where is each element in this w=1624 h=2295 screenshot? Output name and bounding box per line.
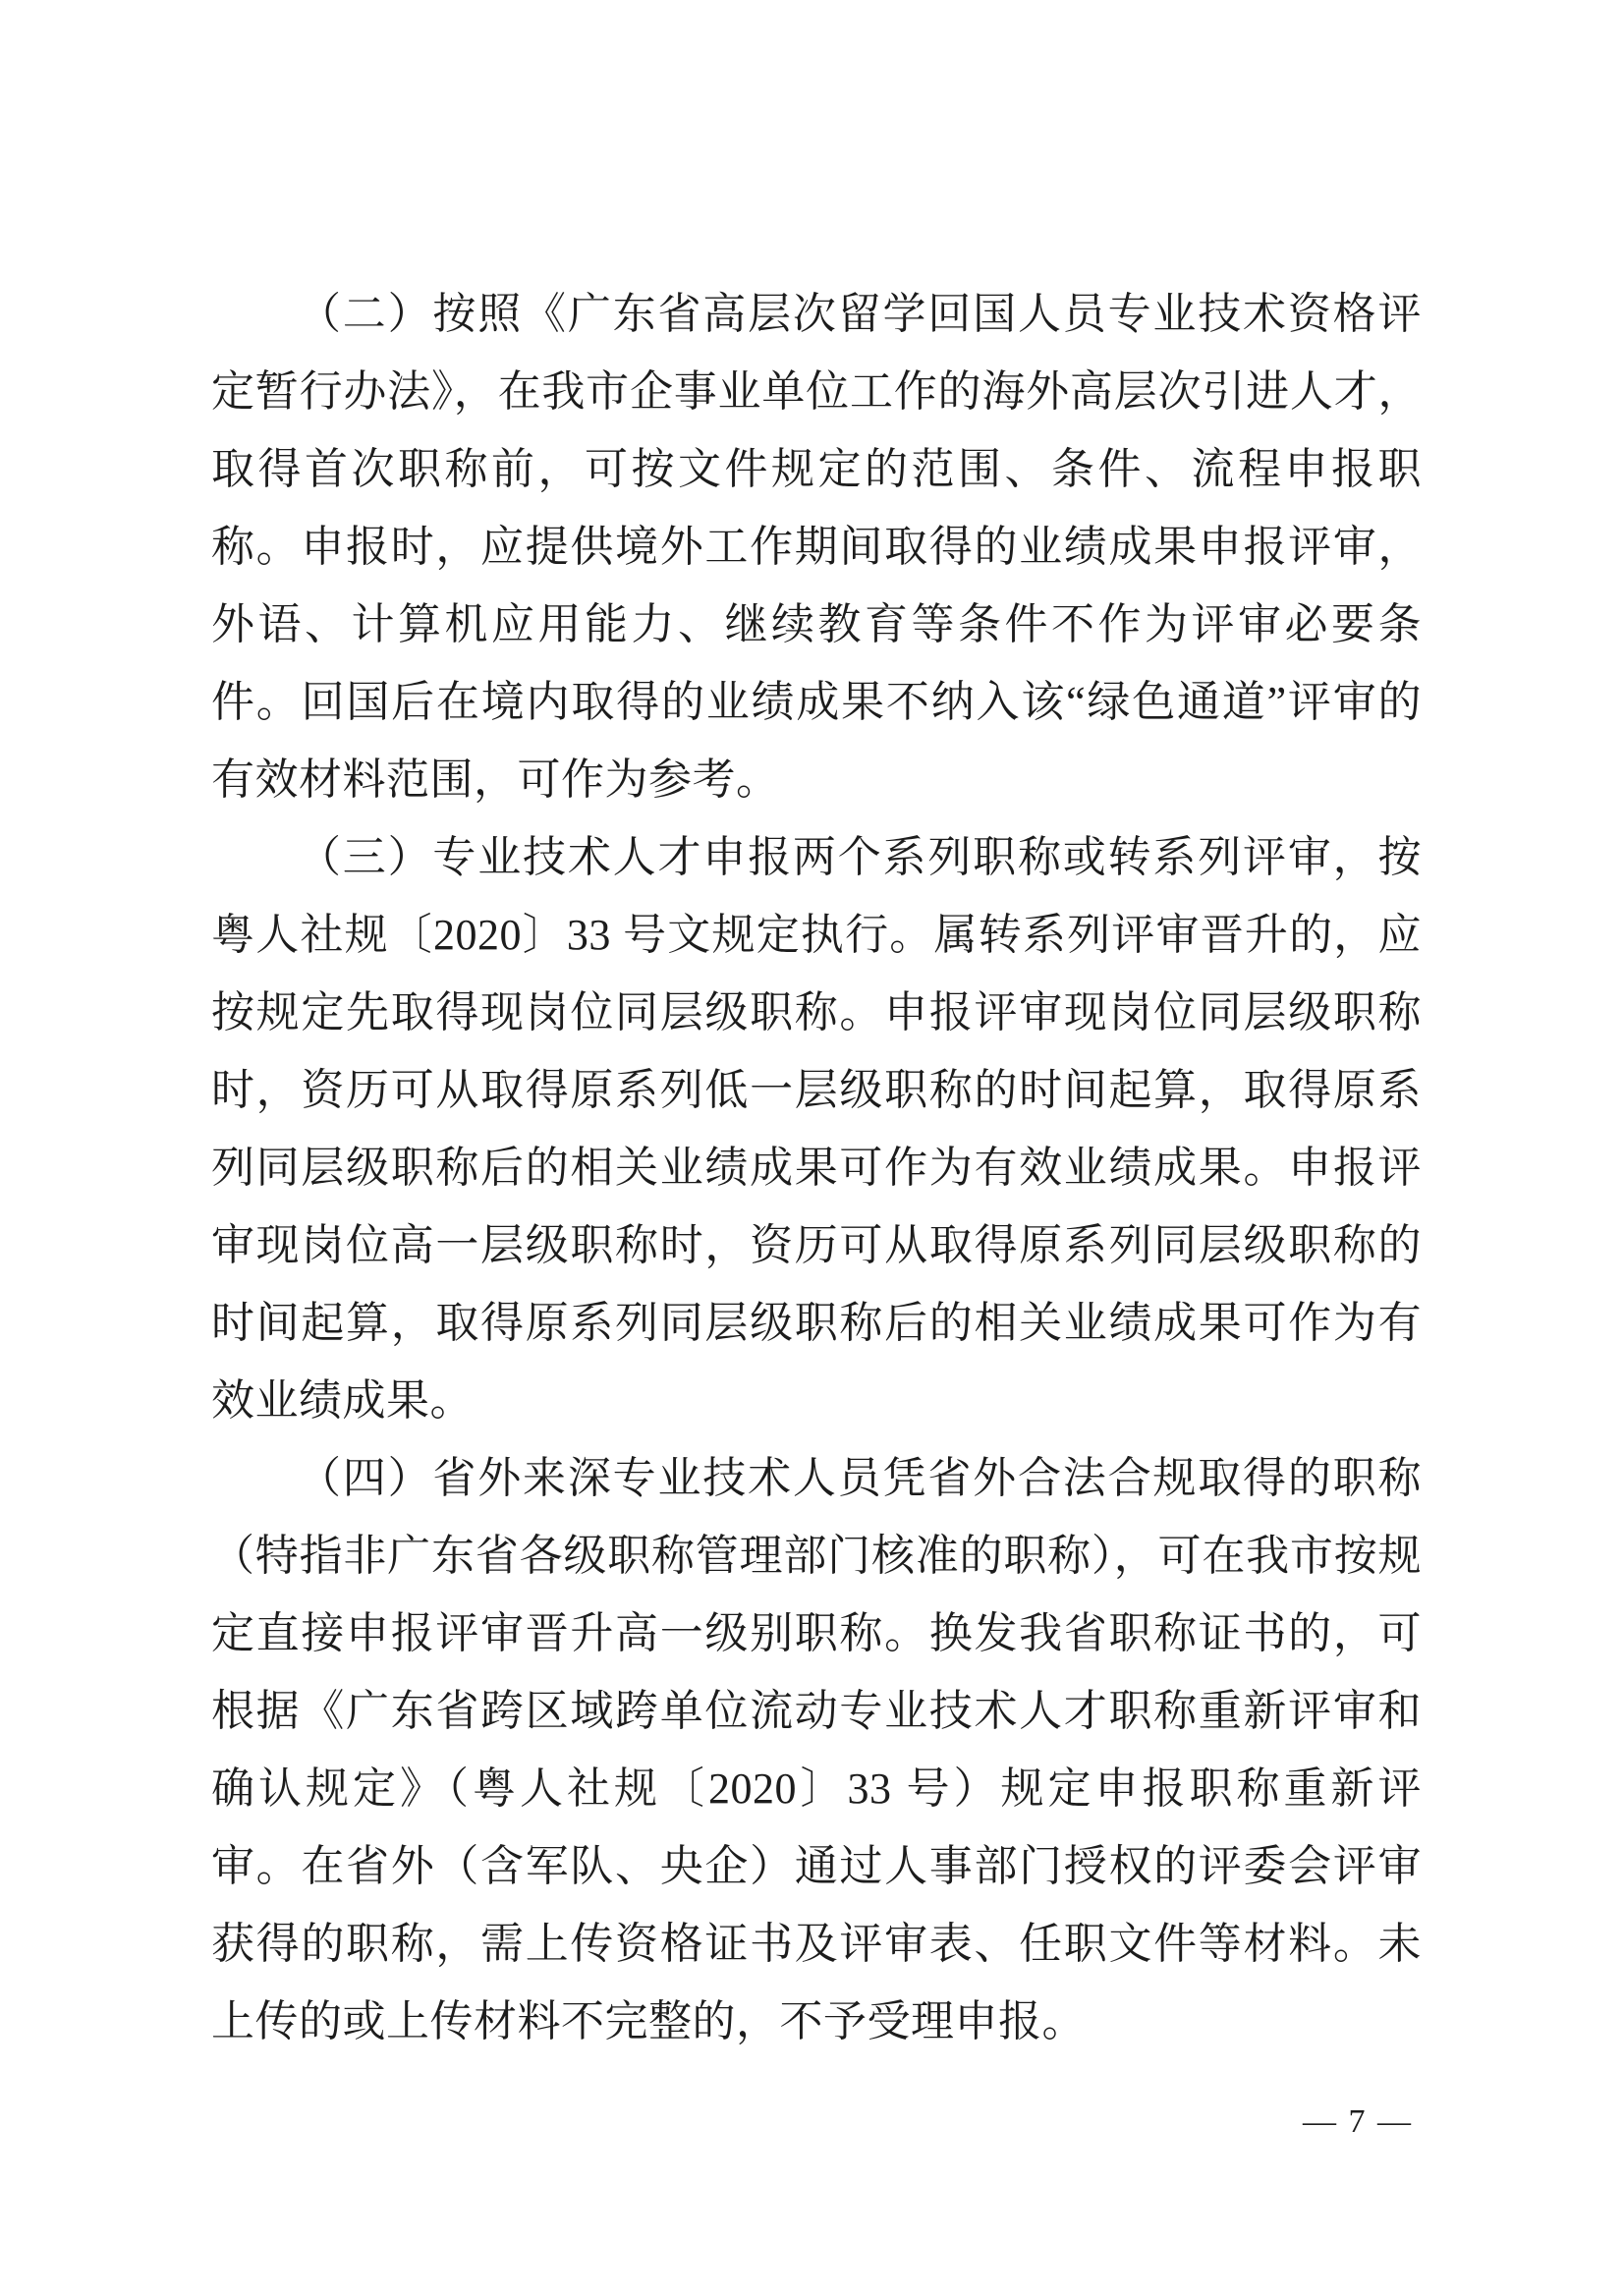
page-number: — 7 —: [1303, 2100, 1413, 2144]
paragraph-item-3: （三）专业技术人才申报两个系列职称或转系列评审，按粤人社规〔2020〕33 号文…: [211, 818, 1422, 1439]
paragraph-item-2: （二）按照《广东省高层次留学回国人员专业技术资格评定暂行办法》，在我市企事业单位…: [211, 275, 1422, 818]
paragraph-item-4: （四）省外来深专业技术人员凭省外合法合规取得的职称（特指非广东省各级职称管理部门…: [211, 1439, 1422, 2060]
document-text-block: （二）按照《广东省高层次留学回国人员专业技术资格评定暂行办法》，在我市企事业单位…: [211, 275, 1422, 2060]
document-page: （二）按照《广东省高层次留学回国人员专业技术资格评定暂行办法》，在我市企事业单位…: [0, 0, 1624, 2295]
